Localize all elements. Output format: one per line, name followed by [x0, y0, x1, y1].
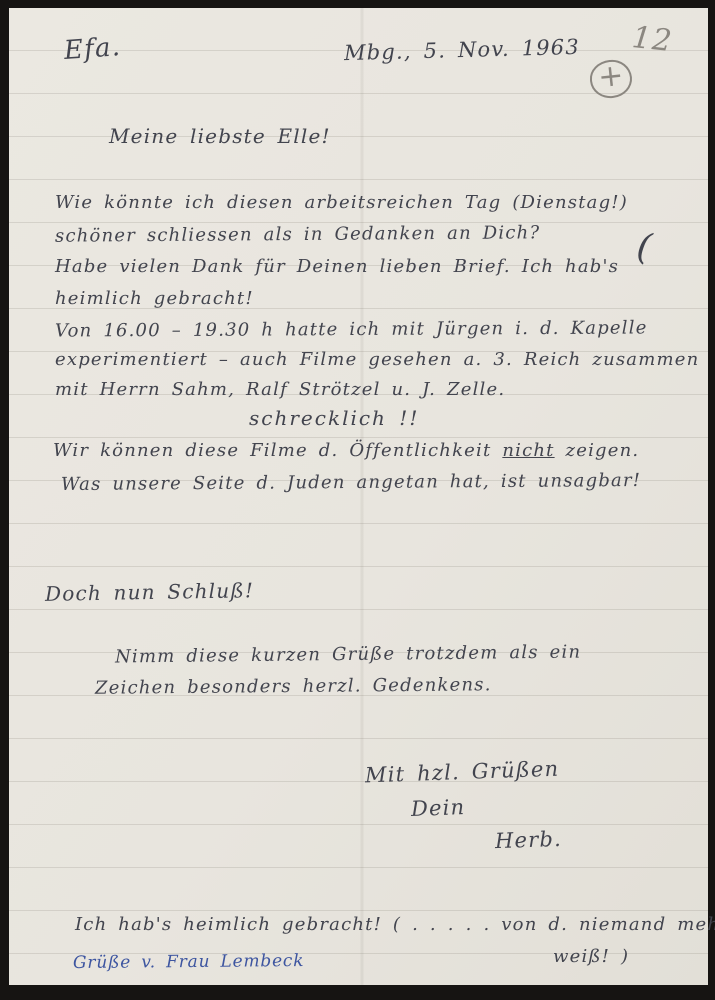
- underlined-word: nicht: [502, 440, 554, 461]
- letter-paper: Efa. Mbg., 5. Nov. 1963 12 + Meine liebs…: [9, 8, 708, 985]
- blue-ink-note: Grüße v. Frau Lembeck: [73, 951, 304, 973]
- page-number: 12: [630, 20, 674, 60]
- closing-dein: Dein: [411, 795, 466, 822]
- stray-paren-mark: (: [634, 225, 655, 270]
- handwritten-line: Zeichen besonders herzl. Gedenkens.: [95, 674, 492, 699]
- salutation: Meine liebste Elle!: [109, 124, 331, 148]
- exclamation-line: schrecklich !!: [249, 406, 419, 430]
- handwritten-line: Was unsere Seite d. Juden angetan hat, i…: [61, 470, 641, 496]
- schluss-line: Doch nun Schluß!: [45, 578, 255, 606]
- line-text: zeigen.: [555, 440, 640, 461]
- sender-paraph: Efa.: [63, 32, 122, 67]
- line-text: Wir können diese Filme d. Öffentlichkeit: [53, 440, 502, 461]
- handwritten-line: schöner schliessen als in Gedanken an Di…: [55, 222, 540, 247]
- handwritten-line: mit Herrn Sahm, Ralf Strötzel u. J. Zell…: [55, 379, 505, 401]
- postscript-line: weiß! ): [553, 946, 629, 968]
- handwritten-line: Nimm diese kurzen Grüße trotzdem als ein: [115, 642, 581, 668]
- handwritten-line: Habe vielen Dank für Deinen lieben Brief…: [55, 256, 619, 278]
- handwritten-line: experimentiert – auch Filme gesehen a. 3…: [55, 349, 699, 371]
- handwritten-line: Wie könnte ich diesen arbeitsreichen Tag…: [55, 192, 628, 214]
- circled-plus-mark: +: [588, 58, 634, 100]
- signature: Herb.: [495, 827, 563, 855]
- scanned-letter-page: Efa. Mbg., 5. Nov. 1963 12 + Meine liebs…: [0, 0, 715, 1000]
- closing-greeting: Mit hzl. Grüßen: [365, 757, 560, 789]
- handwritten-line: Von 16.00 – 19.30 h hatte ich mit Jürgen…: [55, 317, 648, 342]
- handwritten-line: Wir können diese Filme d. Öffentlichkeit…: [53, 440, 639, 462]
- date-line: Mbg., 5. Nov. 1963: [344, 35, 581, 66]
- handwritten-line: heimlich gebracht!: [55, 288, 254, 310]
- postscript-line: Ich hab's heimlich gebracht! ( . . . . .…: [75, 914, 715, 936]
